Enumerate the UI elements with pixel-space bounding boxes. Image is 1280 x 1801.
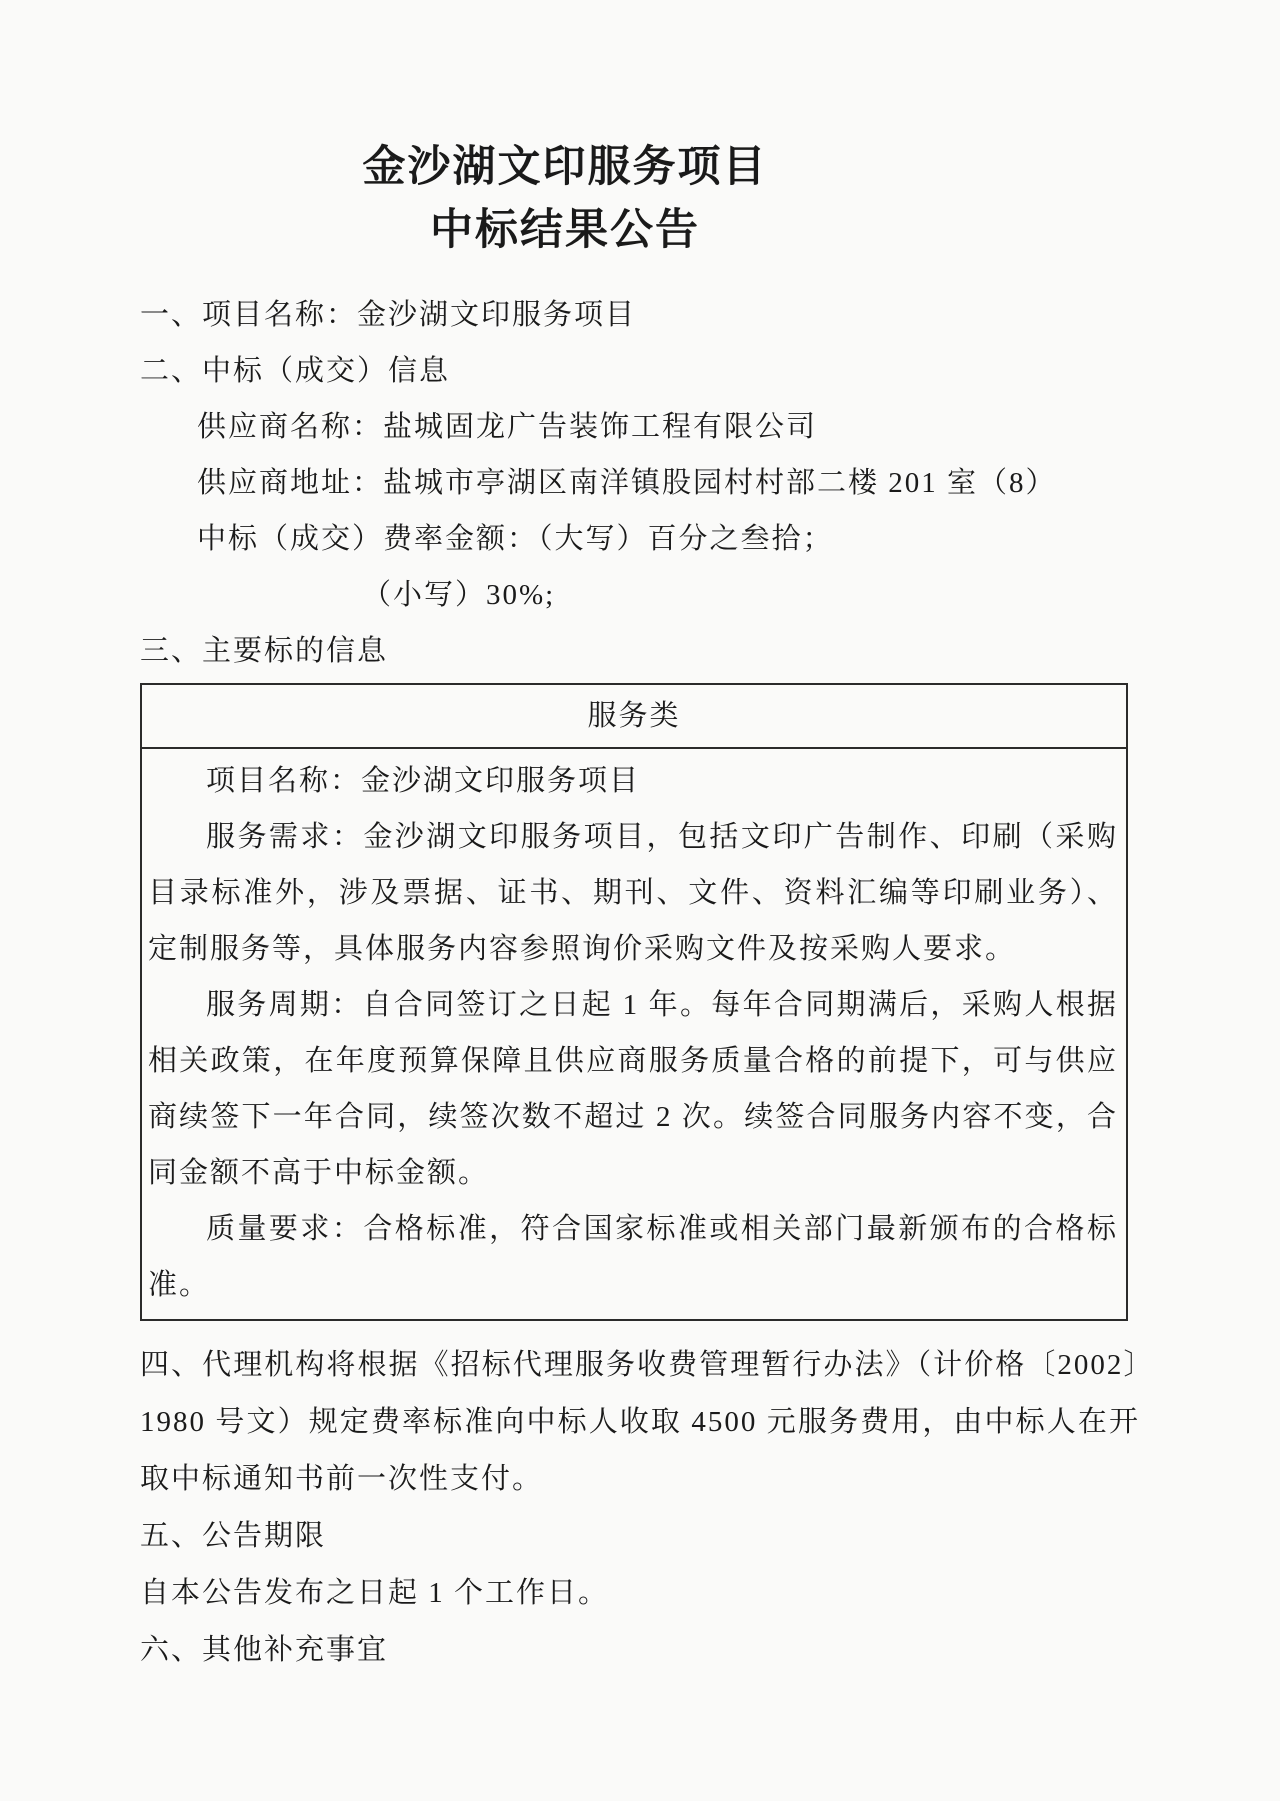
announcement-document: 金沙湖文印服务项目 中标结果公告 一、项目名称：金沙湖文印服务项目 二、中标（成… [0, 0, 1280, 1801]
section4-agency-fee: 四、代理机构将根据《招标代理服务收费管理暂行办法》（计价格〔2002〕1980 … [140, 1337, 1140, 1508]
table-body-cell: 项目名称：金沙湖文印服务项目 服务需求：金沙湖文印服务项目，包括文印广告制作、印… [142, 749, 1126, 1319]
table-service-requirements: 服务需求：金沙湖文印服务项目，包括文印广告制作、印刷（采购目录标准外，涉及票据、… [148, 809, 1118, 977]
table-quality-requirements: 质量要求：合格标准，符合国家标准或相关部门最新颁布的合格标准。 [148, 1201, 1118, 1313]
table-project-name: 项目名称：金沙湖文印服务项目 [148, 753, 1118, 809]
section6-heading: 六、其他补充事宜 [140, 1622, 1140, 1679]
rate-amount-lowercase: （小写）30%; [362, 567, 1140, 623]
section5-body: 自本公告发布之日起 1 个工作日。 [140, 1565, 1140, 1622]
subject-info-table: 服务类 项目名称：金沙湖文印服务项目 服务需求：金沙湖文印服务项目，包括文印广告… [140, 683, 1128, 1321]
document-title-announcement: 中标结果公告 [0, 200, 1130, 262]
supplier-address: 供应商地址：盐城市亭湖区南洋镇股园村村部二楼 201 室（8） [197, 455, 1140, 511]
table-header-service-class: 服务类 [142, 685, 1126, 749]
document-title-project: 金沙湖文印服务项目 [0, 136, 1130, 200]
supplier-name: 供应商名称：盐城固龙广告装饰工程有限公司 [197, 399, 1140, 455]
document-body: 一、项目名称：金沙湖文印服务项目 二、中标（成交）信息 供应商名称：盐城固龙广告… [140, 287, 1140, 1679]
document-title-block: 金沙湖文印服务项目 中标结果公告 [0, 136, 1130, 262]
table-service-period: 服务周期：自合同签订之日起 1 年。每年合同期满后，采购人根据相关政策，在年度预… [148, 977, 1118, 1201]
section5-heading: 五、公告期限 [140, 1508, 1140, 1565]
section3-heading: 三、主要标的信息 [140, 623, 1140, 679]
rate-amount-uppercase: 中标（成交）费率金额：（大写）百分之叁拾； [197, 511, 1140, 567]
section1-project-name: 一、项目名称：金沙湖文印服务项目 [140, 287, 1140, 343]
section2-heading: 二、中标（成交）信息 [140, 343, 1140, 399]
